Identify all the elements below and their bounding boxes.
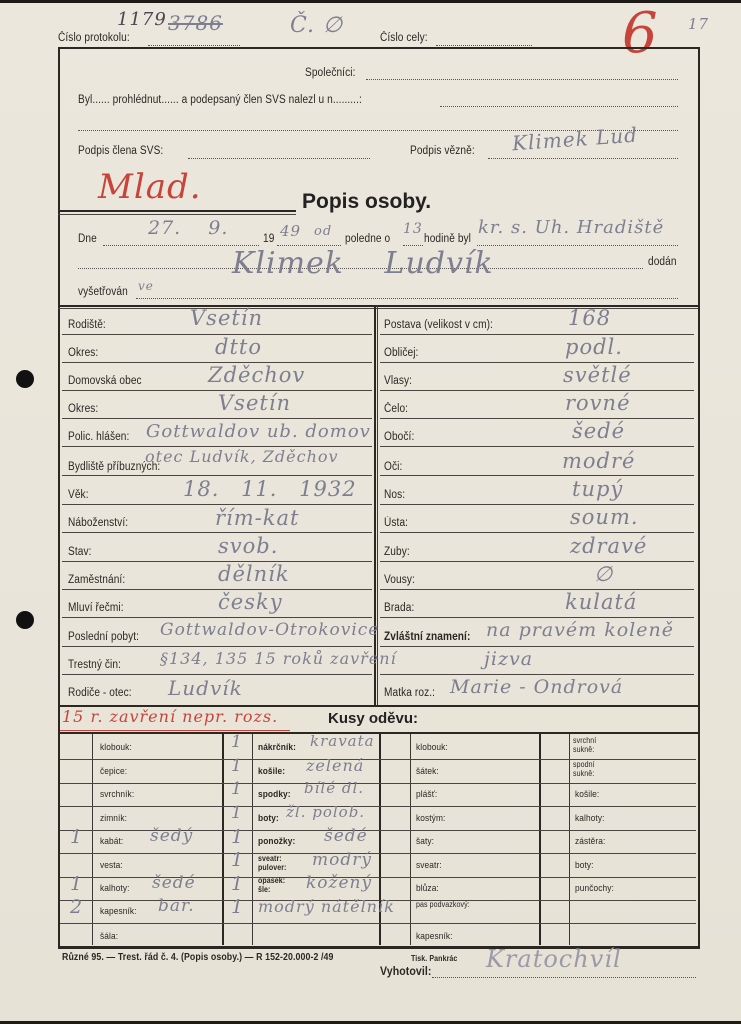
field-value-district-2: Vsetín xyxy=(218,391,291,415)
field-label-eyes: Oči: xyxy=(384,461,402,473)
row-line xyxy=(62,418,372,419)
noon-label: poledne o xyxy=(345,233,390,245)
cloth-label: kapesník: xyxy=(416,931,453,942)
prepared-field xyxy=(432,977,696,978)
protocol-number-struck: 3786 xyxy=(168,11,223,35)
field-label-languages: Mluví řečmi: xyxy=(68,602,124,614)
clothing-red-note: 15 r. zavření nepr. rozs. xyxy=(62,707,278,726)
delivered-label: dodán xyxy=(648,256,677,268)
field-value-police-registered: Gottwaldov ub. domov xyxy=(146,421,371,442)
field-value-last-residence: Gottwaldov-Otrokovice xyxy=(160,620,379,640)
field-value-height: 168 xyxy=(568,306,611,330)
cloth-label: šála: xyxy=(100,931,118,942)
field-label-marital-status: Stav: xyxy=(68,546,92,558)
year-prefix: 19 xyxy=(263,233,274,245)
row-line xyxy=(380,475,694,476)
row-line xyxy=(62,504,372,505)
row-line xyxy=(60,783,696,784)
cell-field xyxy=(436,45,532,46)
cloth-label: kostým: xyxy=(416,813,445,824)
cloth-value: bílé dl. xyxy=(304,779,364,797)
protocol-field xyxy=(148,45,240,46)
row-line xyxy=(62,589,372,590)
field-value-special-marks-2: jizva xyxy=(484,648,533,670)
print-info: Různé 95. — Trest. řád č. 4. (Popis osob… xyxy=(62,952,334,963)
cloth-label: svrchník: xyxy=(100,789,134,800)
cloth-qty: 1 xyxy=(231,756,243,776)
field-label-forehead: Čelo: xyxy=(384,403,408,415)
field-value-eyes: modré xyxy=(562,449,635,473)
row-line xyxy=(62,617,372,618)
row-line xyxy=(380,504,694,505)
field-value-nose: tupý xyxy=(572,477,623,501)
row-line xyxy=(380,561,694,562)
field-label-nose: Nos: xyxy=(384,489,405,501)
cloth-label: ponožky: xyxy=(258,836,295,847)
cloth-qty: 1 xyxy=(70,826,83,848)
field-label-offence: Trestný čin: xyxy=(68,659,121,671)
page-number: 17 xyxy=(688,15,709,33)
cloth-value: zelená xyxy=(306,756,364,775)
row-line xyxy=(380,418,694,419)
red-underline xyxy=(60,730,290,731)
row-line xyxy=(60,853,696,854)
cloth-qty: 1 xyxy=(231,873,244,895)
field-label-teeth: Zuby: xyxy=(384,546,410,558)
row-line xyxy=(60,806,696,807)
field-label-special-marks: Zvláštní znamení: xyxy=(384,631,470,643)
ampm-value: od xyxy=(314,224,332,239)
cloth-qty: 2 xyxy=(70,896,83,918)
prisoner-signature-field xyxy=(488,158,678,159)
field-value-mother: Marie - Ondrová xyxy=(450,676,623,698)
inspected-line: Byl...... prohlédnut...... a podepsaný č… xyxy=(78,94,362,106)
year-value: 49 xyxy=(280,222,301,240)
cloth-qty: 1 xyxy=(70,873,83,895)
col-line xyxy=(222,734,224,945)
prisoner-signature-label: Podpis vězně: xyxy=(410,145,475,157)
field-label-district: Okres: xyxy=(68,347,98,359)
row-line xyxy=(380,532,694,533)
prepared-label: Vyhotovil: xyxy=(380,964,432,978)
field-label-height: Postava (velikost v cm): xyxy=(384,319,493,331)
cloth-label: čepice: xyxy=(100,766,127,777)
investigated-value: ve xyxy=(138,279,154,293)
row-line xyxy=(62,646,372,647)
cloth-label: svrchní sukně: xyxy=(573,736,617,754)
investigated-field xyxy=(136,298,678,299)
col-line xyxy=(539,734,541,945)
field-value-marital-status: svob. xyxy=(218,534,278,558)
title-divider-left-2 xyxy=(58,214,296,215)
cloth-qty: 1 xyxy=(231,779,243,799)
field-label-police-registered: Polic. hlášen: xyxy=(68,431,129,443)
cloth-value: žl. polob. xyxy=(286,803,365,821)
protocol-number: 1179 xyxy=(117,9,167,30)
cloth-label: spodky: xyxy=(258,789,291,800)
cloth-qty: 1 xyxy=(231,803,243,823)
cloth-label: pas podvazkový: xyxy=(416,900,486,909)
field-value-chin: kulatá xyxy=(565,590,637,614)
field-value-age: 18. 11. 1932 xyxy=(183,477,357,501)
field-label-face: Obličej: xyxy=(384,347,418,359)
field-value-eyebrows: šedé xyxy=(572,419,625,443)
hour-label: hodině byl xyxy=(424,233,471,245)
cloth-label: nákrčník: xyxy=(258,742,296,753)
row-line xyxy=(380,334,694,335)
cloth-label: plášť: xyxy=(416,789,437,800)
cloth-label: spodní sukně: xyxy=(573,760,617,778)
cloth-qty: 1 xyxy=(231,732,243,752)
clothing-table-top xyxy=(58,732,698,734)
field-value-religion: řím-kat xyxy=(215,506,299,530)
companions-label: Společníci: xyxy=(305,67,355,79)
field-value-birthplace: Vsetín xyxy=(190,306,263,330)
cloth-label: blůza: xyxy=(416,883,439,894)
svs-signature-field xyxy=(188,158,370,159)
col-line xyxy=(252,734,253,945)
court-value: kr. s. Uh. Hradiště xyxy=(478,217,664,238)
field-label-birthplace: Rodiště: xyxy=(68,319,106,331)
cloth-label: klobouk: xyxy=(100,742,132,753)
cloth-value: kožený xyxy=(306,873,372,893)
row-line xyxy=(60,923,696,924)
field-value-face: podl. xyxy=(565,335,623,359)
row-line xyxy=(62,532,372,533)
page-title: Popis osoby. xyxy=(302,190,431,214)
field-label-chin: Brada: xyxy=(384,602,414,614)
cloth-label: vesta: xyxy=(100,860,123,871)
companions-field xyxy=(366,79,678,80)
cloth-label: boty: xyxy=(575,860,594,871)
cloth-label: opasek: šle: xyxy=(258,876,288,894)
cloth-value: modrý xyxy=(312,850,372,870)
title-divider-left xyxy=(58,210,296,212)
cloth-label: zástěra: xyxy=(575,836,605,847)
row-line xyxy=(380,362,694,363)
cloth-label: kapesník: xyxy=(100,906,137,917)
svs-signature-label: Podpis člena SVS: xyxy=(78,145,163,157)
cloth-label: šaty: xyxy=(416,836,434,847)
red-note-mlad: Mlad. xyxy=(98,167,202,207)
row-line xyxy=(380,617,694,618)
field-value-home-municipality: Zděchov xyxy=(208,363,305,387)
row-line xyxy=(62,475,372,476)
field-label-religion: Náboženství: xyxy=(68,517,128,529)
row-line xyxy=(62,390,372,391)
punch-hole-top xyxy=(16,370,34,388)
cloth-label: košile: xyxy=(575,789,599,800)
center-divider-2 xyxy=(377,305,378,705)
cloth-label: sveatr: pulover: xyxy=(258,854,293,872)
investigated-label: vyšetřován xyxy=(78,286,128,298)
row-line xyxy=(380,390,694,391)
cloth-value: kravata xyxy=(310,732,375,750)
date-value: 27. 9. xyxy=(148,217,228,239)
row-line xyxy=(380,446,694,447)
name-value: Klimek Ludvík xyxy=(232,246,494,281)
cloth-value: šedé xyxy=(324,826,368,846)
field-value-special-marks: na pravém koleně xyxy=(486,619,674,641)
field-value-mouth: soum. xyxy=(570,505,639,529)
punch-hole-bottom xyxy=(16,611,34,629)
cloth-label: košile: xyxy=(258,766,285,777)
protocol-label: Číslo protokolu: xyxy=(58,32,130,44)
field-value-occupation: dělník xyxy=(218,562,290,586)
cloth-label: punčochy: xyxy=(575,883,614,894)
cloth-label: sveatr: xyxy=(416,860,442,871)
row-line xyxy=(380,646,694,647)
field-value-relatives-residence: otec Ludvík, Zděchov xyxy=(145,447,339,466)
cloth-value: šedé xyxy=(152,873,196,893)
field-value-forehead: rovné xyxy=(565,391,631,415)
cloth-qty: 1 xyxy=(231,896,244,918)
field-value-beard: ∅ xyxy=(594,562,613,586)
field-label-father: Rodiče - otec: xyxy=(68,687,132,699)
field-value-hair: světlé xyxy=(563,363,632,387)
field-label-occupation: Zaměstnání: xyxy=(68,574,125,586)
cloth-value: šedý xyxy=(150,826,193,846)
field-label-eyebrows: Obočí: xyxy=(384,431,414,443)
hour-value: 13 xyxy=(403,221,423,237)
row-line xyxy=(62,561,372,562)
row-line xyxy=(62,674,372,675)
field-value-languages: česky xyxy=(218,590,283,614)
row-line xyxy=(380,674,694,675)
field-label-beard: Vousy: xyxy=(384,574,415,586)
document-page: 1179 3786 Číslo protokolu: Č. ∅ Číslo ce… xyxy=(0,3,741,1021)
field-label-age: Věk: xyxy=(68,489,89,501)
cloth-label: zimník: xyxy=(100,813,127,824)
field-value-district: dtto xyxy=(215,335,262,359)
court-field xyxy=(477,245,678,246)
cloth-label: kabát: xyxy=(100,836,123,847)
field-label-hair: Vlasy: xyxy=(384,375,412,387)
prepared-signature: Kratochvíl xyxy=(486,945,622,973)
cell-label: Číslo cely: xyxy=(380,32,428,44)
field-label-home-municipality: Domovská obec xyxy=(68,375,142,387)
field-label-mother: Matka roz.: xyxy=(384,687,435,699)
inspected-field xyxy=(440,106,678,107)
cloth-label: klobouk: xyxy=(416,742,448,753)
field-label-district-2: Okres: xyxy=(68,403,98,415)
field-label-mouth: Ústa: xyxy=(384,517,408,529)
printer-info: Tisk. Pankrác xyxy=(411,954,457,963)
field-value-father: Ludvík xyxy=(168,676,243,700)
field-value-teeth: zdravé xyxy=(570,534,647,558)
col-line xyxy=(92,734,93,945)
cloth-label: šátek: xyxy=(416,766,439,777)
cloth-value: modrý nátělník xyxy=(258,897,395,916)
cloth-qty: 1 xyxy=(231,849,244,871)
row-line xyxy=(380,589,694,590)
col-line xyxy=(569,734,570,945)
cloth-label: boty: xyxy=(258,813,279,824)
center-divider xyxy=(374,305,376,705)
field-label-last-residence: Poslední pobyt: xyxy=(68,631,139,643)
clothing-heading: Kusy oděvu: xyxy=(328,710,418,727)
day-label: Dne xyxy=(78,233,97,245)
col-line xyxy=(410,734,411,945)
cloth-label: kalhoty: xyxy=(575,813,605,824)
c-number: Č. ∅ xyxy=(290,13,343,38)
cloth-label: kalhoty: xyxy=(100,883,130,894)
cloth-value: bar. xyxy=(158,896,195,916)
cloth-qty: 1 xyxy=(231,826,244,848)
field-value-offence: §134, 135 15 roků zavření xyxy=(160,649,397,668)
